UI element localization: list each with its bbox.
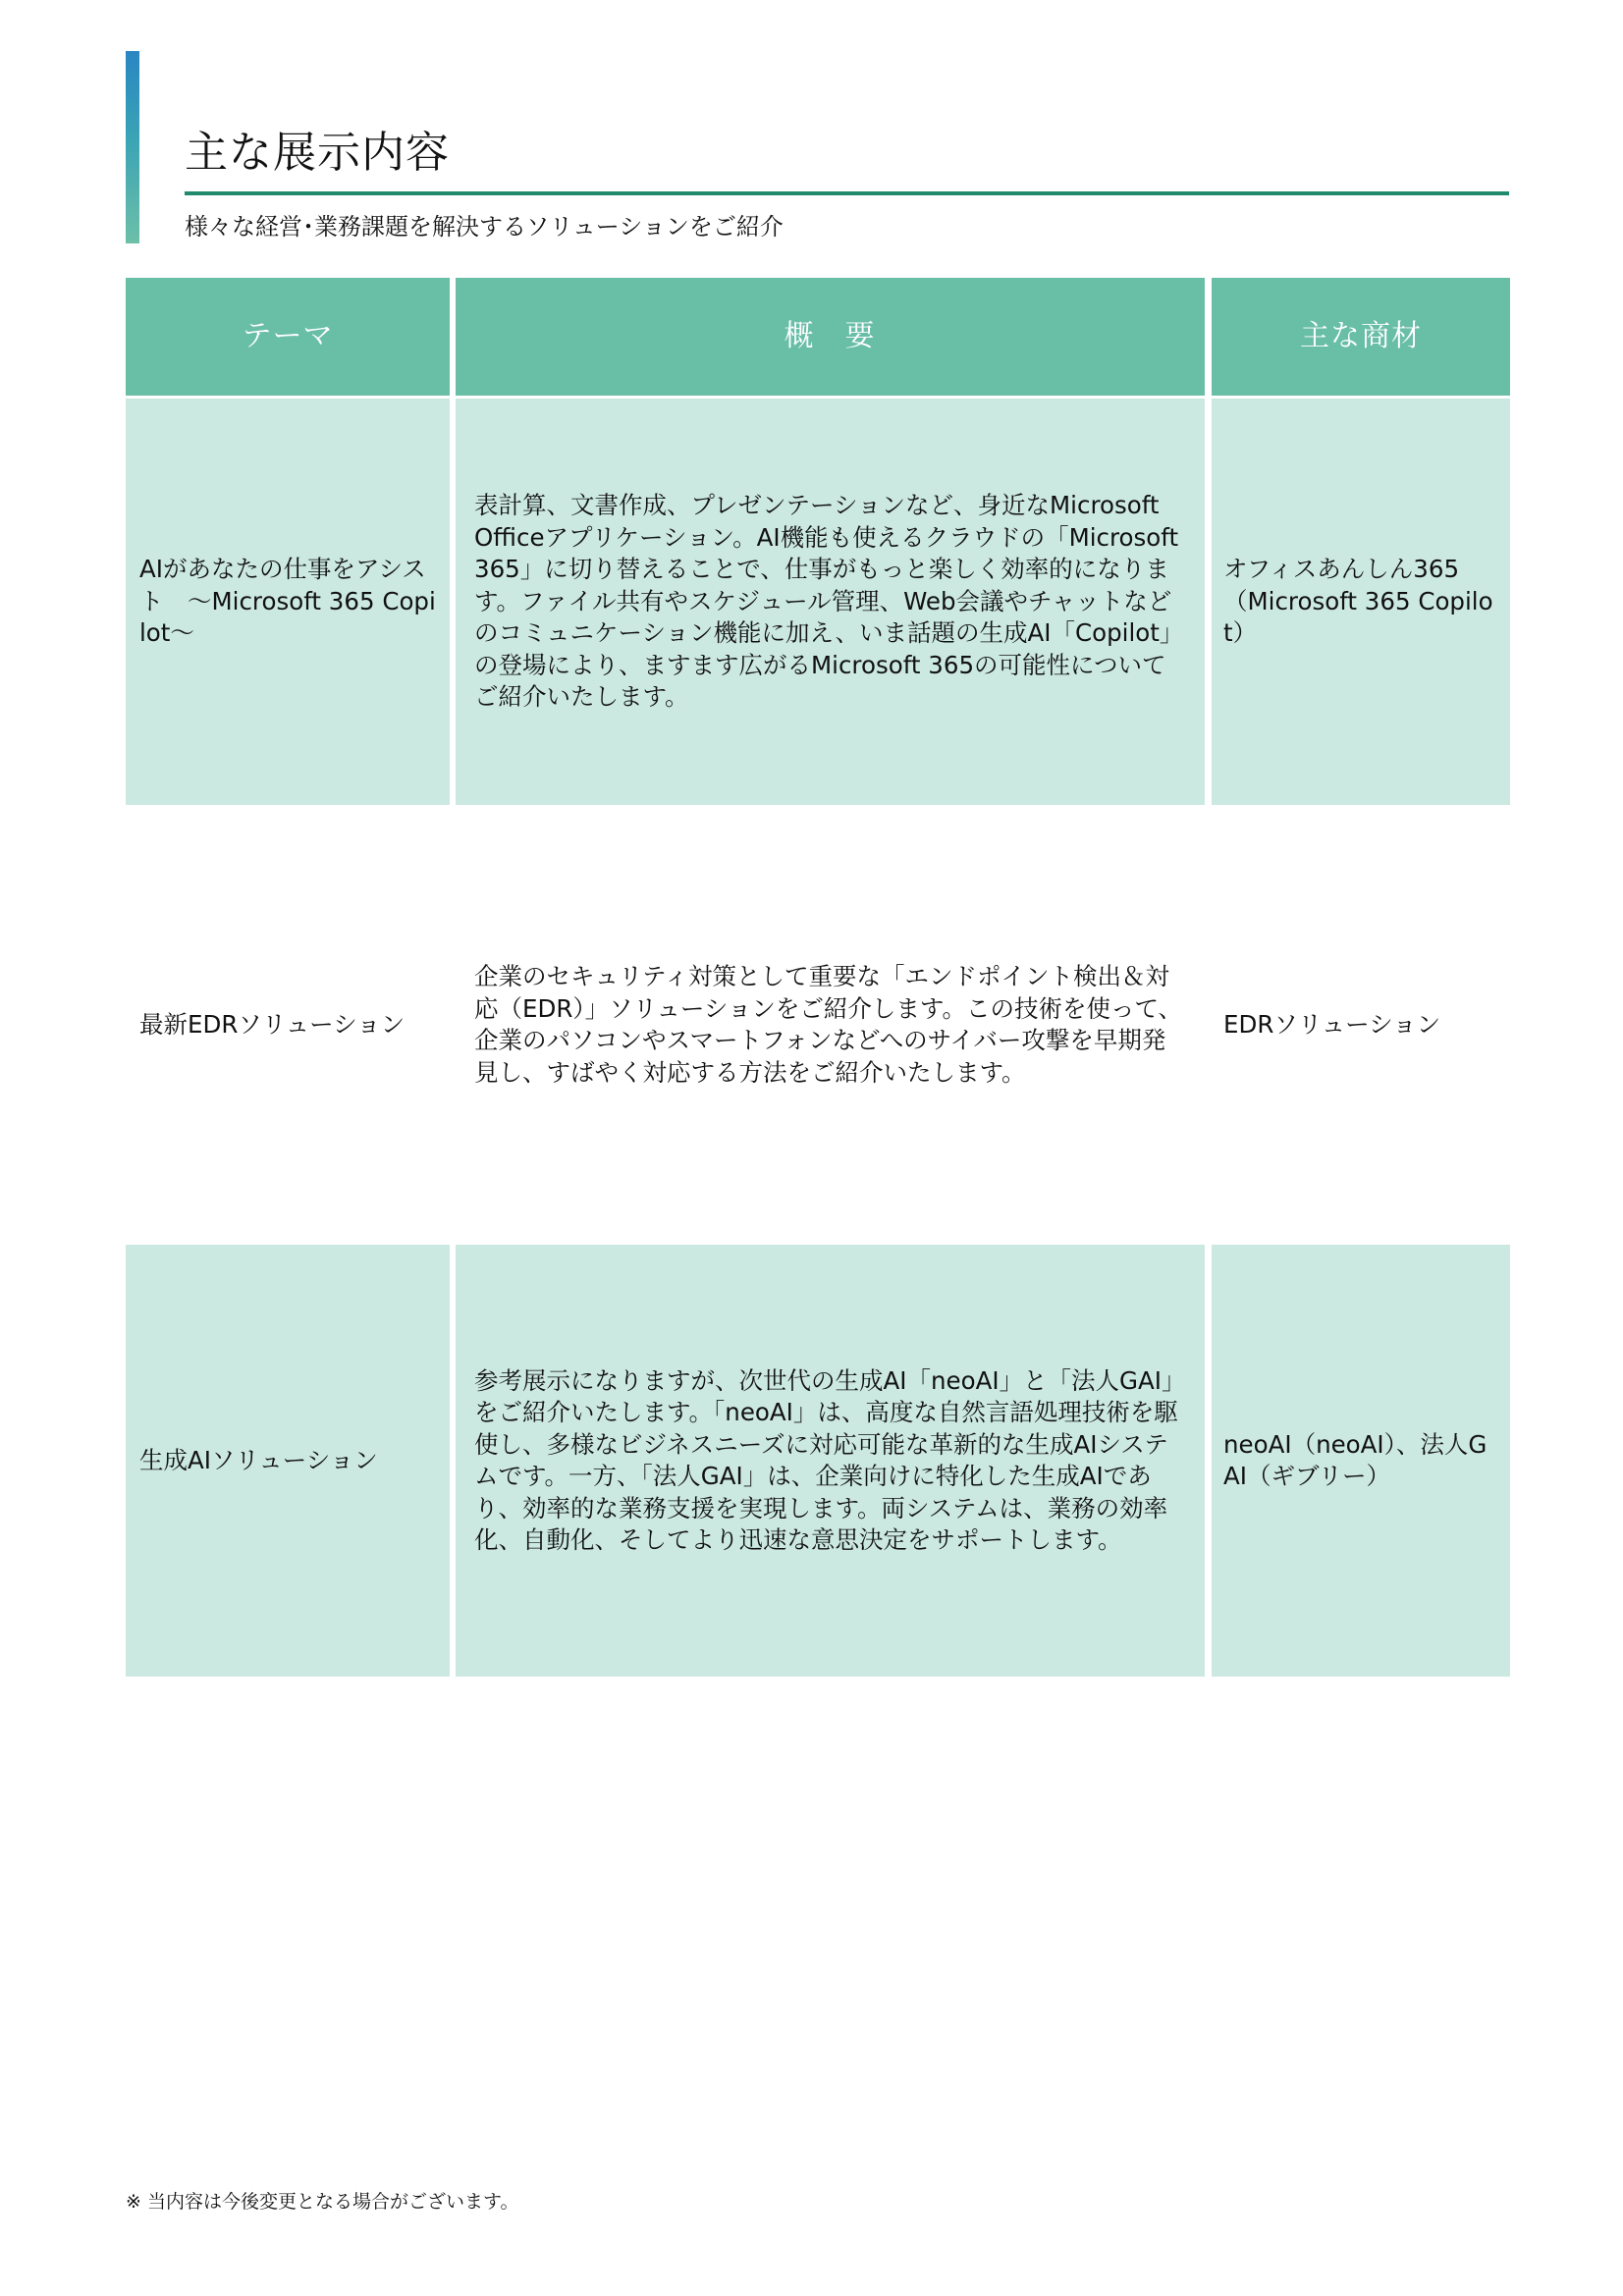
exhibit-table: テーマ 概 要 主な商材 AIがあなたの仕事をアシスト ～Microsoft 3… bbox=[126, 278, 1510, 1677]
cell-summary: 表計算、文書作成、プレゼンテーションなど、身近なMicrosoft Office… bbox=[456, 399, 1205, 805]
cell-product: EDRソリューション bbox=[1212, 805, 1510, 1245]
table-header-row: テーマ 概 要 主な商材 bbox=[126, 278, 1510, 396]
header-products: 主な商材 bbox=[1212, 278, 1510, 396]
accent-bar bbox=[126, 51, 139, 243]
table-row: 生成AIソリューション 参考展示になりますが、次世代の生成AI「neoAI」と「… bbox=[126, 1245, 1510, 1677]
header-theme: テーマ bbox=[126, 278, 450, 396]
cell-summary: 企業のセキュリティ対策として重要な「エンドポイント検出＆対応（EDR）」ソリュー… bbox=[456, 805, 1205, 1245]
table-row: 最新EDRソリューション 企業のセキュリティ対策として重要な「エンドポイント検出… bbox=[126, 805, 1510, 1245]
cell-theme: 生成AIソリューション bbox=[126, 1245, 450, 1677]
page-subtitle: 様々な経営･業務課題を解決するソリューションをご紹介 bbox=[185, 210, 784, 243]
page-title: 主な展示内容 bbox=[185, 126, 450, 181]
title-divider bbox=[185, 191, 1509, 195]
footnote: ※ 当内容は今後変更となる場合がございます。 bbox=[126, 2189, 518, 2215]
cell-theme: 最新EDRソリューション bbox=[126, 805, 450, 1245]
header-summary: 概 要 bbox=[456, 278, 1205, 396]
cell-product: neoAI（neoAI）、法人GAI（ギブリー） bbox=[1212, 1245, 1510, 1677]
cell-summary: 参考展示になりますが、次世代の生成AI「neoAI」と「法人GAI」をご紹介いた… bbox=[456, 1245, 1205, 1677]
cell-theme: AIがあなたの仕事をアシスト ～Microsoft 365 Copilot～ bbox=[126, 399, 450, 805]
table-row: AIがあなたの仕事をアシスト ～Microsoft 365 Copilot～ 表… bbox=[126, 399, 1510, 805]
cell-product: オフィスあんしん365（Microsoft 365 Copilot） bbox=[1212, 399, 1510, 805]
